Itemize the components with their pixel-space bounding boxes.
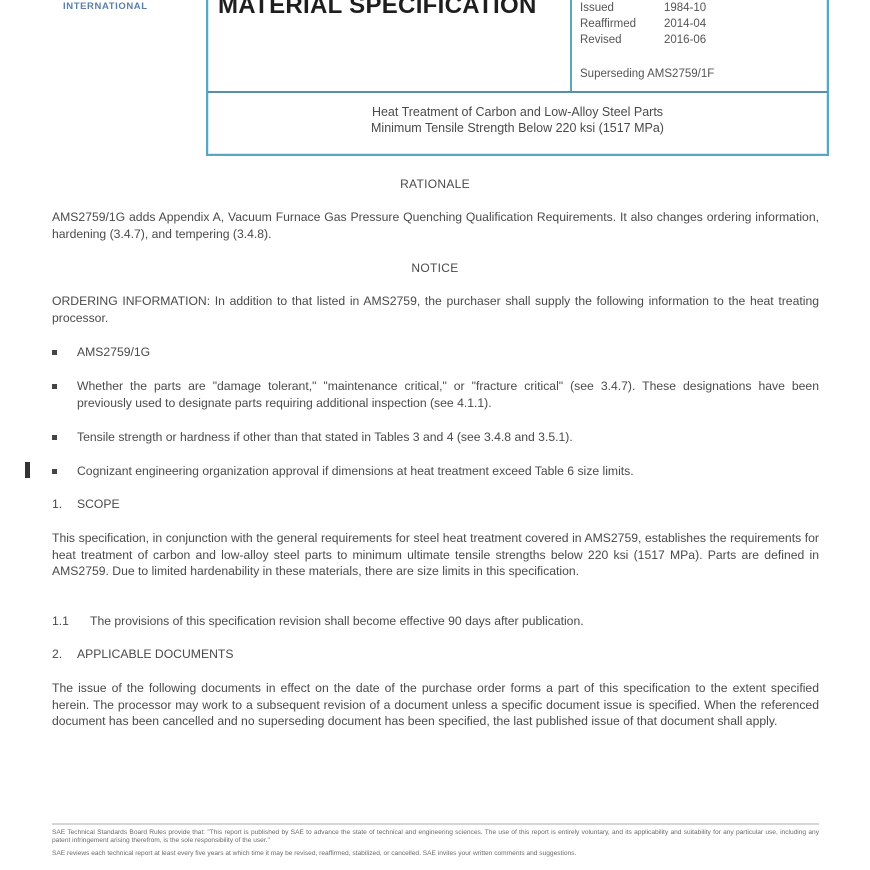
- date-label: Revised: [580, 34, 664, 46]
- date-label: Issued: [580, 2, 664, 14]
- section-heading-scope: 1.SCOPE: [52, 497, 120, 511]
- date-value: 2016-06: [664, 34, 706, 46]
- footer-text-1: SAE Technical Standards Board Rules prov…: [52, 829, 819, 845]
- doc-subtitle: Heat Treatment of Carbon and Low-Alloy S…: [208, 104, 827, 136]
- bullet-item: AMS2759/1G: [52, 344, 819, 361]
- date-reaffirmed: Reaffirmed2014-04: [580, 18, 706, 30]
- logo-text: INTERNATIONAL: [63, 1, 148, 12]
- bullet-icon: [52, 435, 57, 440]
- date-value: 2014-04: [664, 18, 706, 30]
- superseding-note: Superseding AMS2759/1F: [580, 68, 714, 80]
- date-revised: Revised2016-06: [580, 34, 706, 46]
- header-top-row: MATERIAL SPECIFICATION Issued1984-10 Rea…: [208, 0, 827, 93]
- bullet-item: Whether the parts are "damage tolerant,"…: [52, 378, 819, 411]
- footer-rule: [52, 823, 819, 825]
- subsection-text: The provisions of this specification rev…: [90, 614, 584, 628]
- subsection-number: 1.1: [52, 614, 90, 628]
- bullet-text: Tensile strength or hardness if other th…: [77, 429, 819, 446]
- bullet-icon: [52, 350, 57, 355]
- bullet-item: Tensile strength or hardness if other th…: [52, 429, 819, 446]
- spec-header-box: MATERIAL SPECIFICATION Issued1984-10 Rea…: [206, 0, 829, 156]
- section-heading-applicable-documents: 2.APPLICABLE DOCUMENTS: [52, 647, 233, 661]
- date-issued: Issued1984-10: [580, 2, 706, 14]
- dates-cell: Issued1984-10 Reaffirmed2014-04 Revised2…: [580, 0, 827, 91]
- rationale-text: AMS2759/1G adds Appendix A, Vacuum Furna…: [52, 209, 819, 242]
- doc-type-title: MATERIAL SPECIFICATION: [218, 0, 537, 20]
- date-label: Reaffirmed: [580, 18, 664, 30]
- subsection-1-1: 1.1The provisions of this specification …: [52, 614, 584, 628]
- rationale-heading: RATIONALE: [0, 177, 870, 191]
- subtitle-line-1: Heat Treatment of Carbon and Low-Alloy S…: [208, 104, 827, 120]
- section-title: SCOPE: [77, 497, 120, 511]
- notice-text: ORDERING INFORMATION: In addition to tha…: [52, 293, 819, 326]
- doc-type-cell: MATERIAL SPECIFICATION: [208, 0, 572, 91]
- applicable-documents-text: The issue of the following documents in …: [52, 680, 819, 730]
- scope-text: This specification, in conjunction with …: [52, 530, 819, 580]
- subtitle-line-2: Minimum Tensile Strength Below 220 ksi (…: [208, 120, 827, 136]
- footer-text-2: SAE reviews each technical report at lea…: [52, 850, 819, 858]
- bullet-icon: [52, 469, 57, 474]
- bullet-icon: [52, 384, 57, 389]
- change-bar: [25, 462, 30, 478]
- section-title: APPLICABLE DOCUMENTS: [77, 647, 233, 661]
- bullet-text: Whether the parts are "damage tolerant,"…: [77, 378, 819, 411]
- date-value: 1984-10: [664, 2, 706, 14]
- section-number: 1.: [52, 497, 77, 511]
- section-number: 2.: [52, 647, 77, 661]
- bullet-text: Cognizant engineering organization appro…: [77, 463, 819, 480]
- bullet-text: AMS2759/1G: [77, 344, 819, 361]
- bullet-item: Cognizant engineering organization appro…: [52, 463, 819, 480]
- notice-heading: NOTICE: [0, 261, 870, 275]
